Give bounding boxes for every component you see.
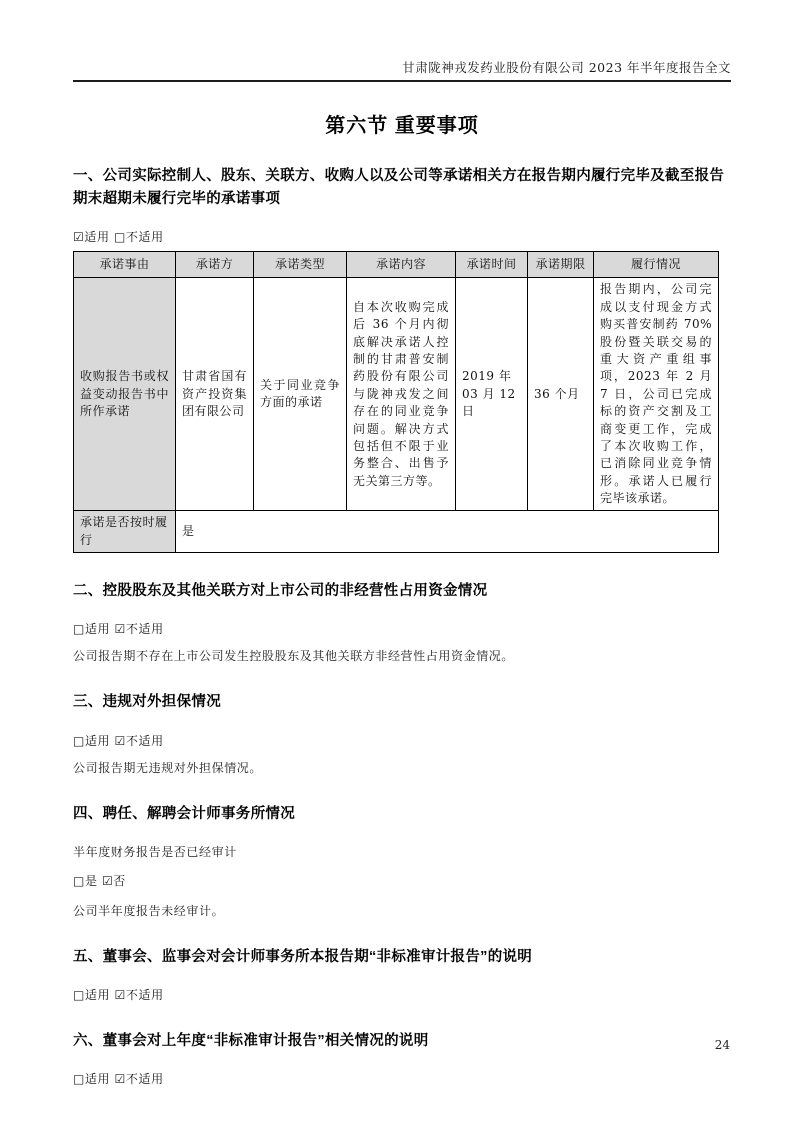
page-content: 甘肃陇神戎发药业股份有限公司 2023 年半年度报告全文 第六节 重要事项 一、… bbox=[73, 58, 731, 1087]
section6-applicability: □适用 ☑不适用 bbox=[73, 1070, 731, 1087]
col-header-performance: 履行情况 bbox=[594, 252, 719, 278]
table-row: 收购报告书或权益变动报告书中所作承诺 甘肃省国有资产投资集团有限公司 关于同业竞… bbox=[74, 278, 719, 511]
section3-heading: 三、违规对外担保情况 bbox=[73, 691, 731, 714]
col-header-time: 承诺时间 bbox=[456, 252, 528, 278]
col-header-content: 承诺内容 bbox=[347, 252, 456, 278]
section1-heading: 一、公司实际控制人、股东、关联方、收购人以及公司等承诺相关方在报告期内履行完毕及… bbox=[73, 165, 731, 211]
section5-heading: 五、董事会、监事会对会计师事务所本报告期“非标准审计报告”的说明 bbox=[73, 946, 731, 969]
section3-applicability: □适用 ☑不适用 bbox=[73, 732, 731, 749]
section4-note: 公司半年度报告未经审计。 bbox=[73, 902, 731, 919]
cell-term: 36 个月 bbox=[528, 278, 594, 511]
cell-cause: 收购报告书或权益变动报告书中所作承诺 bbox=[74, 278, 176, 511]
cell-time: 2019 年 03 月 12 日 bbox=[456, 278, 528, 511]
cell-content: 自本次收购完成后 36 个月内彻底解决承诺人控制的甘肃普安制药股份有限公司与陇神… bbox=[347, 278, 456, 511]
section1-applicability: ☑适用 □不适用 bbox=[73, 228, 731, 245]
section6-heading: 六、董事会对上年度“非标准审计报告”相关情况的说明 bbox=[73, 1030, 731, 1053]
col-header-cause: 承诺事由 bbox=[74, 252, 176, 278]
table-footer-row: 承诺是否按时履行 是 bbox=[74, 511, 719, 553]
section3-note: 公司报告期无违规对外担保情况。 bbox=[73, 759, 731, 776]
page-number: 24 bbox=[715, 1038, 730, 1052]
cell-party: 甘肃省国有资产投资集团有限公司 bbox=[176, 278, 254, 511]
document-page: 甘肃陇神戎发药业股份有限公司 2023 年半年度报告全文 第六节 重要事项 一、… bbox=[0, 0, 793, 1122]
cell-type: 关于同业竞争方面的承诺 bbox=[254, 278, 347, 511]
table-header-row: 承诺事由 承诺方 承诺类型 承诺内容 承诺时间 承诺期限 履行情况 bbox=[74, 252, 719, 278]
document-header: 甘肃陇神戎发药业股份有限公司 2023 年半年度报告全文 bbox=[73, 58, 731, 82]
cell-performance: 报告期内，公司完成以支付现金方式购买普安制药 70%股份暨关联交易的重大资产重组… bbox=[594, 278, 719, 511]
section4-audit-question: 半年度财务报告是否已经审计 bbox=[73, 843, 731, 860]
commitments-table: 承诺事由 承诺方 承诺类型 承诺内容 承诺时间 承诺期限 履行情况 收购报告书或… bbox=[73, 251, 719, 553]
report-header-text: 甘肃陇神戎发药业股份有限公司 2023 年半年度报告全文 bbox=[402, 60, 731, 75]
section2-applicability: □适用 ☑不适用 bbox=[73, 620, 731, 637]
section5-applicability: □适用 ☑不适用 bbox=[73, 986, 731, 1003]
cell-on-time-label: 承诺是否按时履行 bbox=[74, 511, 176, 553]
section4-yes-no: □是 ☑否 bbox=[73, 872, 731, 889]
section2-heading: 二、控股股东及其他关联方对上市公司的非经营性占用资金情况 bbox=[73, 580, 731, 603]
section2-note: 公司报告期不存在上市公司发生控股股东及其他关联方非经营性占用资金情况。 bbox=[73, 647, 731, 664]
section4-heading: 四、聘任、解聘会计师事务所情况 bbox=[73, 803, 731, 826]
col-header-term: 承诺期限 bbox=[528, 252, 594, 278]
page-title: 第六节 重要事项 bbox=[73, 109, 731, 138]
col-header-type: 承诺类型 bbox=[254, 252, 347, 278]
col-header-party: 承诺方 bbox=[176, 252, 254, 278]
cell-on-time-value: 是 bbox=[176, 511, 719, 553]
